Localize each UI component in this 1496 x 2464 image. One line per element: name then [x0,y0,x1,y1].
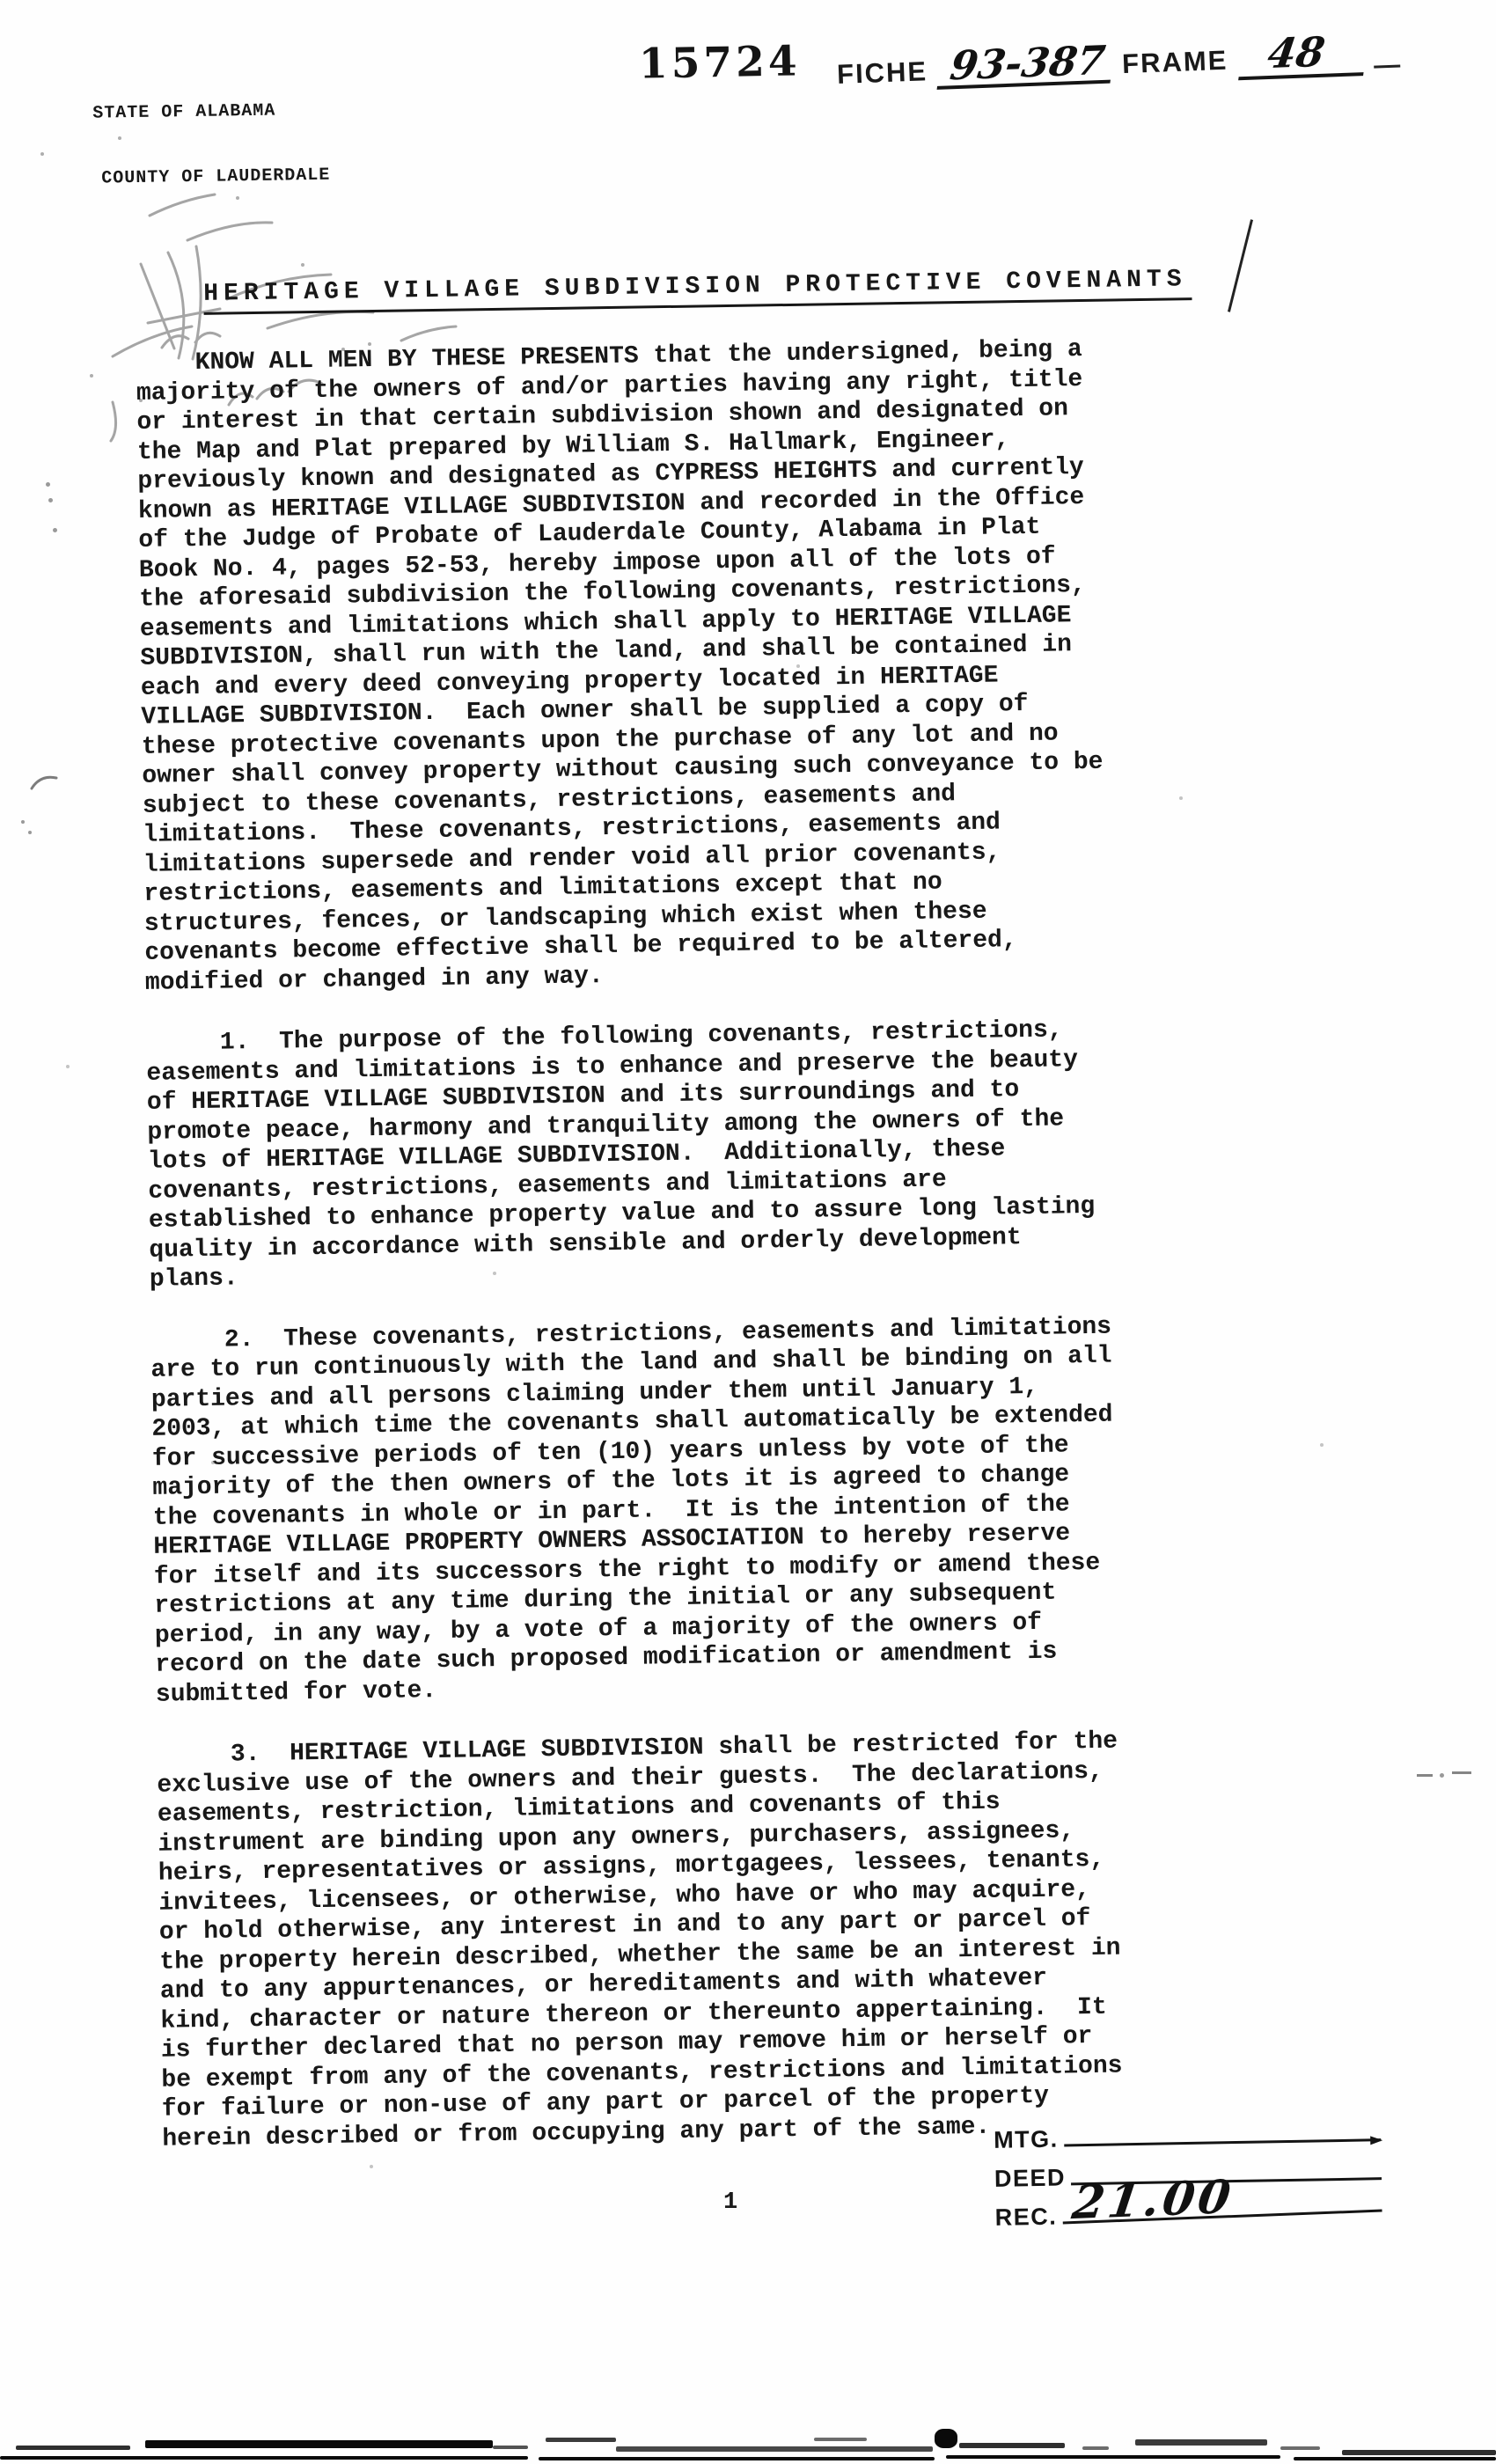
scanned-document-page: 15724 FICHE 93-387 FRAME 48 STATE OF ALA… [0,0,1496,2464]
scan-speck [66,1065,70,1068]
document-title: HERITAGE VILLAGE SUBDIVISION PROTECTIVE … [203,265,1192,314]
paragraph: 3. HERITAGE VILLAGE SUBDIVISION shall be… [157,1723,1377,2153]
typewritten-content: STATE OF ALABAMA COUNTY OF LAUDERDALE HE… [132,81,1377,2186]
margin-dot [53,528,57,532]
scan-speck [796,664,800,668]
county-line: COUNTY OF LAUDERDALE [101,145,1347,194]
scan-speck [370,2165,373,2168]
mtg-row: MTG. [994,2119,1382,2165]
stray-pen-dash [1375,65,1401,69]
paragraph: 1. The purpose of the following covenant… [146,1011,1364,1294]
rec-label: REC. [994,2204,1057,2232]
margin-dot [21,820,25,824]
rec-handwritten-amount: 21.00 [1069,2174,1236,2226]
scan-edge-artifact [0,2425,1496,2464]
mtg-blank-line [1063,2119,1381,2146]
deed-label: DEED [994,2164,1067,2192]
fiche-handwritten-value: 93-387 [937,40,1117,90]
state-line: STATE OF ALABAMA [92,81,1346,129]
rec-blank-line: 21.00 [1061,2190,1382,2225]
page-number: 1 [723,2189,737,2216]
mtg-label: MTG. [994,2126,1059,2154]
margin-dash [1417,1774,1433,1777]
scan-speck [211,1461,215,1464]
margin-dot [1440,1773,1444,1778]
margin-dot [28,831,32,834]
paragraphs: KNOW ALL MEN BY THESE PRESENTS that the … [136,331,1376,2153]
recording-fee-block: MTG. DEED REC. 21.00 [994,2119,1382,2242]
paragraph: KNOW ALL MEN BY THESE PRESENTS that the … [136,331,1360,997]
scan-speck [1320,1443,1324,1447]
margin-dash [1452,1771,1471,1774]
frame-handwritten-value: 48 [1239,30,1370,81]
fiche-label: FICHE [836,55,928,91]
scan-speck [493,1272,496,1275]
margin-curve-mark [26,764,70,799]
frame-label: FRAME [1122,45,1228,80]
paragraph: 2. These covenants, restrictions, easeme… [150,1309,1370,1710]
margin-dot [48,498,53,502]
rec-row: REC. 21.00 [994,2196,1382,2242]
margin-dot [46,482,50,487]
scan-speck [563,1866,567,1869]
document-number-stamp: 15724 [639,37,801,88]
scan-speck [1179,796,1183,800]
